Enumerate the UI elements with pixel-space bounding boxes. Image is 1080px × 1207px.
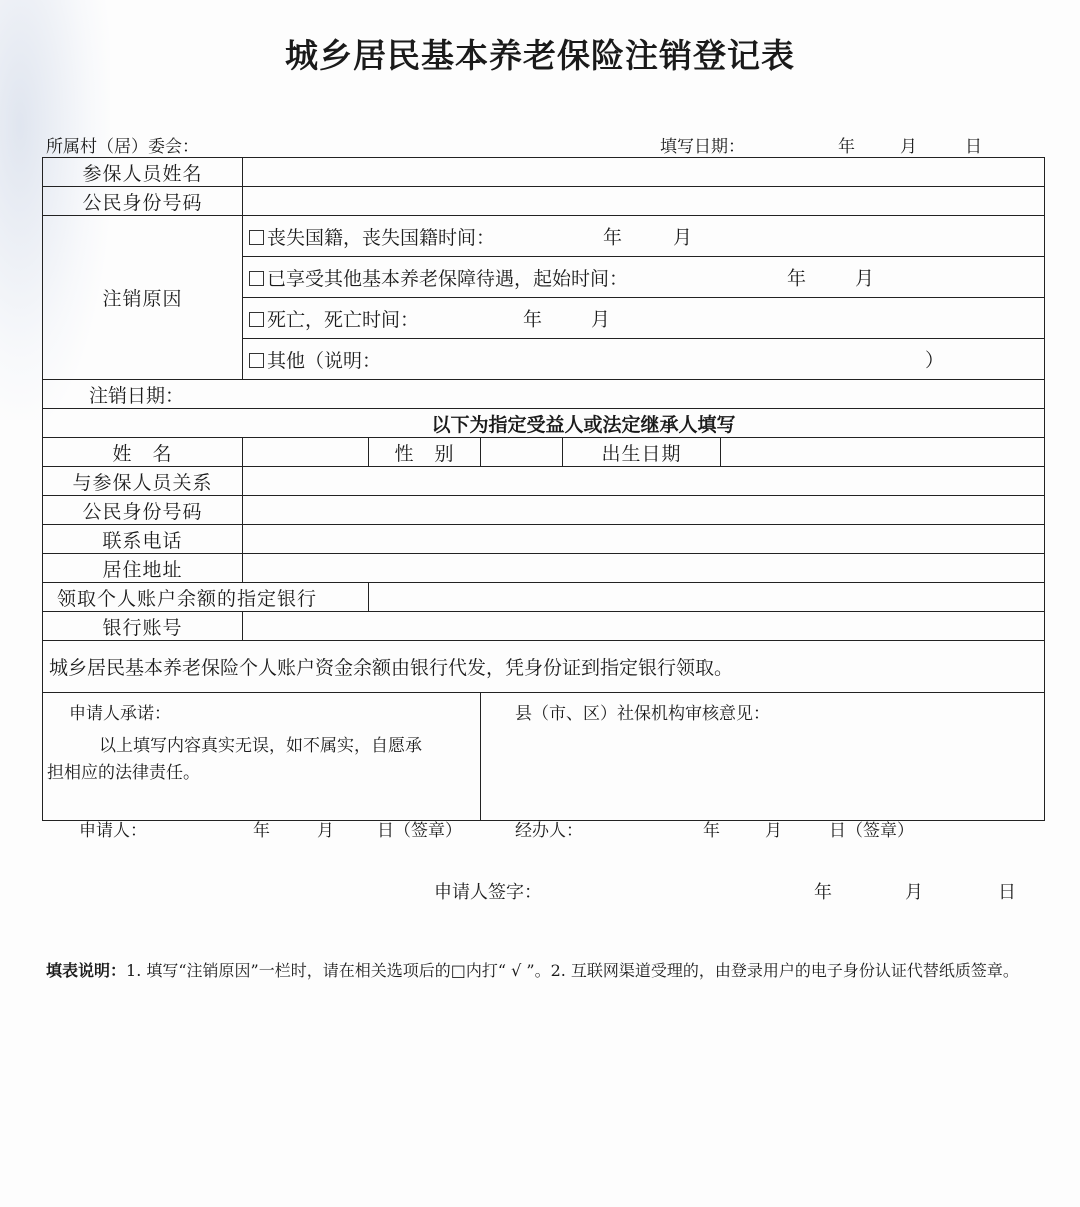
gender-input[interactable]: [481, 438, 563, 467]
beneficiary-name-input[interactable]: [243, 438, 369, 467]
beneficiary-name-label: 姓 名: [43, 438, 243, 467]
instructions: 填表说明：1. 填写“注销原因”一栏时，请在相关选项后的□内打“ √ ”。2. …: [46, 958, 1046, 984]
form-title: 城乡居民基本养老保险注销登记表: [0, 30, 1080, 77]
notice-text: 城乡居民基本养老保险个人账户资金余额由银行代发，凭身份证到指定银行领取。: [43, 641, 1045, 693]
phone-input[interactable]: [243, 525, 1045, 554]
sign-year: 年: [814, 878, 832, 904]
gender-label: 性 别: [369, 438, 481, 467]
applicant-promise-head: 申请人承诺：: [69, 699, 171, 724]
relation-input[interactable]: [243, 467, 1045, 496]
fill-date-month: 月: [900, 132, 917, 157]
committee-field[interactable]: 所属村（居）委会：: [46, 132, 199, 157]
bank-label: 领取个人账户余额的指定银行: [43, 583, 369, 612]
reason-option-other[interactable]: 其他（说明： ）: [243, 339, 1045, 380]
agency-review-box[interactable]: 县（市、区）社保机构审核意见： 经办人： 年 月 日（签章） x: [481, 693, 1045, 821]
address-label: 居住地址: [43, 554, 243, 583]
account-label: 银行账号: [43, 612, 243, 641]
applicant-promise-box: 申请人承诺： 以上填写内容真实无误，如不属实，自愿承 担相应的法律责任。 申请人…: [43, 693, 481, 821]
beneficiary-id-label: 公民身份号码: [43, 496, 243, 525]
fill-date-field[interactable]: 填写日期： 年 月 日: [660, 132, 745, 157]
birth-date-input[interactable]: [721, 438, 1045, 467]
beneficiary-section-title: 以下为指定受益人或法定继承人填写: [43, 409, 1045, 438]
reason-option-nationality[interactable]: 丧失国籍，丧失国籍时间： 年 月: [243, 216, 1045, 257]
checkbox-icon[interactable]: [249, 230, 264, 245]
reason-option-death[interactable]: 死亡，死亡时间： 年 月: [243, 298, 1045, 339]
phone-label: 联系电话: [43, 525, 243, 554]
cancel-date-field[interactable]: 注销日期：: [43, 380, 1045, 409]
fill-date-label: 填写日期：: [660, 137, 745, 157]
instructions-text: 1. 填写“注销原因”一栏时，请在相关选项后的□内打“ √ ”。2. 互联网渠道…: [126, 961, 1019, 980]
address-input[interactable]: [243, 554, 1045, 583]
checkbox-icon[interactable]: [249, 353, 264, 368]
sign-day: 日: [998, 878, 1016, 904]
bank-input[interactable]: [369, 583, 1045, 612]
insured-id-input[interactable]: [243, 187, 1045, 216]
applicant-sign-label: 申请人签字：: [434, 878, 542, 904]
insured-name-label: 参保人员姓名: [43, 158, 243, 187]
agency-review-head: 县（市、区）社保机构审核意见：: [515, 699, 770, 724]
promise-text-line1: 以上填写内容真实无误，如不属实，自愿承: [47, 733, 477, 760]
fill-date-day: 日: [965, 132, 982, 157]
beneficiary-id-input[interactable]: [243, 496, 1045, 525]
insured-name-input[interactable]: [243, 158, 1045, 187]
insured-id-label: 公民身份号码: [43, 187, 243, 216]
sign-month: 月: [905, 878, 923, 904]
account-input[interactable]: [243, 612, 1045, 641]
reason-option-other-pension[interactable]: 已享受其他基本养老保障待遇，起始时间： 年 月: [243, 257, 1045, 298]
instructions-label: 填表说明：: [46, 961, 126, 980]
fill-date-year: 年: [838, 132, 855, 157]
birth-date-label: 出生日期: [563, 438, 721, 467]
checkbox-icon[interactable]: [249, 271, 264, 286]
registration-form-table: 参保人员姓名 公民身份号码 注销原因 丧失国籍，丧失国籍时间： 年 月 已享受其…: [42, 157, 1045, 821]
checkbox-icon[interactable]: [249, 312, 264, 327]
reason-label: 注销原因: [43, 216, 243, 380]
committee-label: 所属村（居）委会：: [46, 137, 199, 157]
promise-text-line2: 担相应的法律责任。: [47, 760, 477, 787]
relation-label: 与参保人员关系: [43, 467, 243, 496]
